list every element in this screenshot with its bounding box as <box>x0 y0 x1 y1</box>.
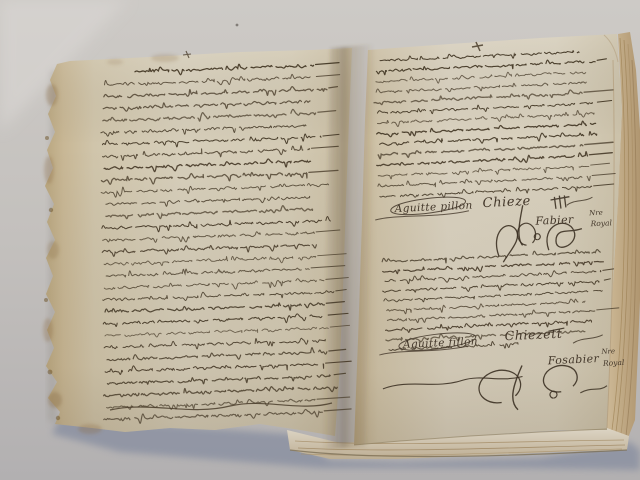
signature-name-2-block-2: Chiezett <box>504 326 563 344</box>
signature-name-2-block-1: Chieze <box>482 194 531 211</box>
notary-abbrev-2: Nre <box>600 347 615 356</box>
signature-name-3-block-2: Fosabier <box>547 352 600 367</box>
photo-canvas: Aguitte pillon Chieze Fabier Nre Royal A… <box>0 0 640 480</box>
right-page <box>354 34 622 445</box>
right-page-shading <box>354 34 622 445</box>
table-speck <box>236 24 239 27</box>
manuscript-photograph: Aguitte pillon Chieze Fabier Nre Royal A… <box>0 0 640 480</box>
notary-title-1: Royal <box>589 218 612 228</box>
notary-abbrev-1: Nre <box>588 209 603 218</box>
notary-title-2: Royal <box>602 358 625 368</box>
